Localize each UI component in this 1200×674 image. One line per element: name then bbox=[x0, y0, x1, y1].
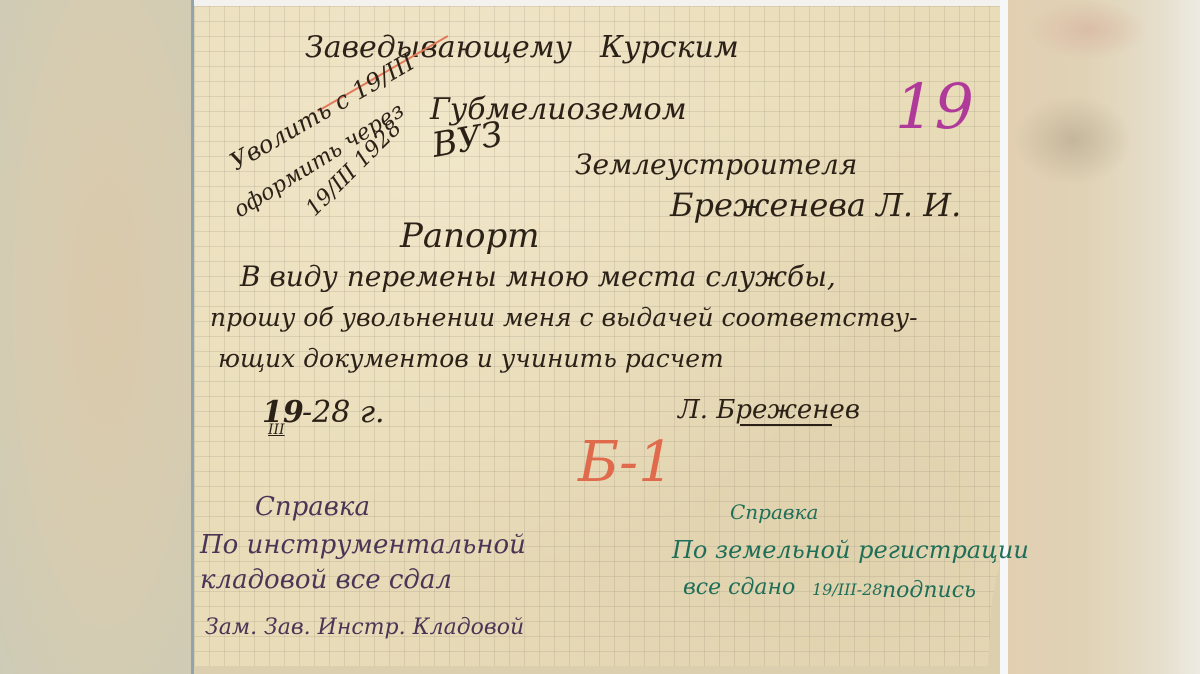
folio-number: 19 bbox=[895, 70, 974, 143]
blurred-background-left bbox=[0, 0, 193, 674]
addressee-line1-right: Курским bbox=[600, 30, 739, 65]
certificate-left-signoff: Зам. Зав. Инстр. Кладовой bbox=[205, 615, 524, 640]
certificate-right-line1: По земельной регистрации bbox=[672, 536, 1029, 564]
background-blur-spot bbox=[1028, 0, 1148, 60]
addressee-line4: Бреженева Л. И. bbox=[670, 186, 961, 224]
body-line1: В виду перемены мною места службы, bbox=[240, 260, 836, 293]
certificate-right-date: 19/III-28. bbox=[812, 580, 888, 599]
addressee-line1-left: Заведывающему bbox=[305, 30, 572, 65]
body-line3: ющих документов и учинить расчет bbox=[218, 344, 724, 373]
date-month: III bbox=[268, 422, 285, 438]
certificate-left-line1: По инструментальной bbox=[200, 530, 526, 560]
body-line2: прошу об увольнении меня с выдачей соотв… bbox=[210, 303, 918, 332]
red-mark: Б-1 bbox=[578, 430, 674, 495]
paper-top-edge bbox=[194, 0, 1000, 6]
image-edge-left bbox=[191, 0, 194, 674]
report-title: Рапорт bbox=[400, 216, 540, 256]
addressee-line3: Землеустроителя bbox=[575, 148, 857, 181]
certificate-right-line2: все сдано bbox=[683, 575, 795, 600]
certificate-right-signature: подпись bbox=[882, 578, 976, 603]
image-edge-right bbox=[1000, 0, 1008, 674]
signature: Л. Бреженев bbox=[678, 395, 860, 425]
background-blur-spot bbox=[1013, 95, 1133, 185]
certificate-right-heading: Справка bbox=[730, 500, 818, 524]
date-year: -28 г. bbox=[302, 395, 385, 430]
certificate-left-line2: кладовой все сдал bbox=[200, 565, 452, 595]
blurred-background-right bbox=[1008, 0, 1200, 674]
signature-underline bbox=[740, 424, 832, 426]
certificate-left-heading: Справка bbox=[255, 492, 370, 522]
